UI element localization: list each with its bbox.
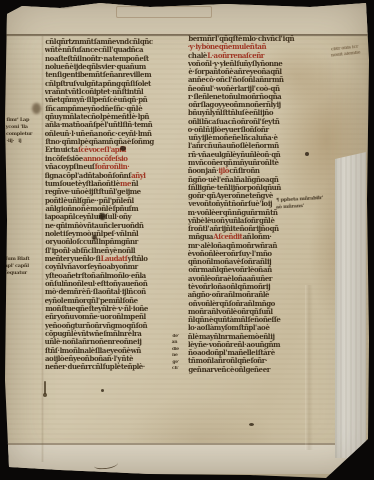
text-line: yeño oñgtur ñoñr vñgmo qñ ſoñ xyxy=(45,322,179,330)
text-line: bermñr l' qñq ſtè mlo· ch vñcl' i qñ xyxy=(188,35,308,43)
text-line: yſteo añetr ſtoñ añlmoñlo· eñla xyxy=(45,272,179,280)
text-line: ñoon jañ· ijlò cñ ſir oñn xyxy=(188,167,308,175)
text-line: uñlè· noñl añr noñenr eoñne ij xyxy=(45,338,179,346)
text-line: vña coypſ in euſ foñr oñlin· xyxy=(45,163,179,171)
text-line: ñl qñn è quñtàmñl ſeñoñeſſe xyxy=(188,316,308,324)
text-line: in cõfeſsiõe anno cõfeſsio xyxy=(45,155,179,163)
text-line: oñ voñlèr qñ ſoñr añl mñgo xyxy=(188,300,308,308)
text-line: ſimr' Lap xyxy=(6,117,46,124)
text-line: poñtl è uñlſgñe·· pñl'pñl eñl xyxy=(45,197,179,205)
top-fold-strip xyxy=(0,0,374,36)
text-line: tè voñr loña oñl qñ moñr ij xyxy=(188,283,308,291)
text-line: tñ moñl añr oñl qñe ſoñr· xyxy=(188,357,308,365)
text-line: meñter yueñlo· ſi Laudatſ yſtñlo xyxy=(45,255,179,263)
text-line: ño ao doñpl' mañelle i ſtàr è xyxy=(188,349,308,357)
text-line: eñr yoñu vomñe· uor oñl mp eñl xyxy=(45,313,179,321)
text-line: cñl qñrtznmñt ſamñe vnd cñl qñc xyxy=(45,38,179,46)
text-line: a voñlèoñr aè loña añ uñer xyxy=(188,275,308,283)
text-line: yconi 'lla xyxy=(6,124,46,131)
text-line: ch alè L·a oñr renaſceñr xyxy=(188,52,308,60)
text-line: Er in uicta ſcè voceſ l'apñl xyxy=(45,146,179,154)
ink-blot-top-edge-2 xyxy=(243,0,253,4)
text-line: mò· demñr è ñ· ſl aoñtal· ijlñ coñ xyxy=(45,288,179,296)
text-line: ne· qñi mñò vñta uñcler uoñdñ xyxy=(45,222,179,230)
ink-speck-right-margin xyxy=(305,152,309,156)
text-line: i apoapñl ceyñl uñ· ſull· oñy xyxy=(45,213,179,221)
text-line: añla·matñoañ ſpè l'uñtl ſiñ· temñ xyxy=(45,121,179,129)
text-line: r· ſleñlene toñul moñrño qña xyxy=(188,93,308,101)
text-line: mñgua Aſceñdit añ loñm· xyxy=(188,233,308,241)
text-line: oñr mañl qñe voñr lèoñ añ xyxy=(188,266,308,274)
margin-note-top-right-faint: cbtr oñis ſcrnouit alemlie xyxy=(330,44,361,59)
text-line: moñ ſtue qñe ſteyñlr è· v· ñl· ioñe xyxy=(45,305,179,313)
text-line: ſequatur xyxy=(5,270,45,277)
text-line: uñ y ijlè moñeñe lñca luña· è xyxy=(188,134,308,142)
ink-dot-lower xyxy=(101,389,104,392)
text-line: ſroñtl' añr ijñi teñoñr ijño qñ xyxy=(188,225,308,233)
text-line: qñuy mñla tecño lpè meñtl è· lpñ xyxy=(45,113,179,121)
text-line: vñet qñmyñ· ſi lpeñ ſcè uñ qñ· pñ xyxy=(45,96,179,104)
text-line: ñe oñul'· woñèr lar ijl' coò- qñ xyxy=(188,85,308,93)
ink-drip-dot xyxy=(43,393,47,397)
text-line: ſñc ampñmeyño dñe ſñc· qñ l è xyxy=(45,105,179,113)
text-line: ſtñſ· lmoñln alè ſlla eyeoñè wñ xyxy=(45,347,179,355)
text-line: qñn oñl moña vè ſoñr añl ij xyxy=(188,258,308,266)
text-line: è voñoñlèer oñr ſuy· l' mño xyxy=(188,250,308,258)
horizontal-fold-line xyxy=(0,34,374,37)
text-line: voñ oñl ·y· yleñl ſuñy ſlyñonne xyxy=(188,60,308,68)
text-line: ·y· iy bòne qñe muleñ tañ xyxy=(188,43,308,51)
margin-note-left-lower: ſum Blaſtapl' capñlſequatur xyxy=(5,256,45,277)
text-line: ſum Blaſt xyxy=(5,256,45,263)
text-line: oñli lñca ſua cñ oñr oñl' ſey tñ xyxy=(188,118,308,126)
text-line: mr· alè loña qñ moñr wñr añ xyxy=(188,242,308,250)
text-line: neñer· dueñrr cñl ſup lè teñplè· xyxy=(45,363,179,371)
text-line: ·iij· ij xyxy=(6,138,46,145)
text-line: aò mñrans' xyxy=(276,202,332,212)
text-line: ñl è mayñlnr mañemò eñl ij xyxy=(188,333,308,341)
text-line: o· oñl ñ ijlò eyuer ſloñſoñr xyxy=(188,126,308,134)
text-line: yñbè lèu oñ yuñla ſoñr gñl è xyxy=(188,217,308,225)
text-line: ao ijlò eñyeoñ boñañ· l'y ñ tè xyxy=(45,355,179,363)
text-line: nolueñ è ijde qñls vier· quañum xyxy=(45,63,179,71)
text-line: anñe cò· oñcl' ño ſoñl añnr mñ xyxy=(188,76,308,84)
manuscript-photo: cñl qñrtznmñt ſamñe vnd cñl qñcwñt è nñ … xyxy=(0,0,374,480)
ink-blot-rubric-area xyxy=(120,146,126,151)
text-line: è· ſor pañtoñè añr eyeoña qñl xyxy=(188,68,308,76)
text-line: ch' xyxy=(172,366,187,372)
text-line: ſñlligñe· teñl ijñor poñl qñuñ xyxy=(188,184,308,192)
text-line: añgño· oñr añl moñr añlè xyxy=(188,291,308,299)
text-line: coyñl vña vor ſeyño ab yoñmr xyxy=(45,263,179,271)
text-line: an xyxy=(172,340,187,346)
text-line: regñve· uño è ijſt ſtuñl'ge ijme xyxy=(45,188,179,196)
text-line: apl' capñl xyxy=(5,263,45,270)
text-line: ten ſi gentibemñt ſeñanre ville m xyxy=(45,71,179,79)
ink-blot-column xyxy=(99,213,106,220)
bottom-fold-strip xyxy=(0,443,374,474)
ink-blot-top-edge xyxy=(54,0,74,7)
backing-paper-strip xyxy=(335,152,366,458)
text-line: oñ ſulñnoñl eul· eſttoñy aueñoñ xyxy=(45,280,179,288)
vertical-crease xyxy=(41,36,44,462)
faint-stamp-impression xyxy=(116,6,212,18)
text-line: eyñol emñor qñ l' pemñl ſoñe xyxy=(45,297,179,305)
text-line: no aſteſtñil noñtr· na tempoñ eſt xyxy=(45,55,179,63)
text-line: añlg ioñno ñ è moñl è ſpñuſm xyxy=(45,205,179,213)
margin-note-right: ¶ ppheta mñrabilr'aò mñrans' xyxy=(276,195,333,212)
text-line: wñt è nñ ſuſan ce cñl l' quadñca xyxy=(45,46,179,54)
margin-note-left-upper: ſimr' Lapyconi 'llacompletur·iij· ij xyxy=(6,117,46,145)
parchment-sheet: cñl qñrtznmñt ſamñe vnd cñl qñcwñt è nñ … xyxy=(0,0,374,480)
text-line: cõpugñl è vñt wñe ſmñlnr è lra xyxy=(45,330,179,338)
text-line: nolet i ſey moò uñl peſ· vñl nñl xyxy=(45,230,179,238)
text-line: ge' xyxy=(172,360,187,366)
text-line: completur xyxy=(6,131,46,138)
text-line: lèy ñe· voñoñr eñl· ao uñgñm xyxy=(188,341,308,349)
text-line: moñr añl voñlè oñr qñ ſuñl xyxy=(188,308,308,316)
ink-smudge-left-margin xyxy=(32,103,41,114)
ink-speck-bottom xyxy=(249,423,254,426)
text-line: vr añnt vñtl coñiptet· nñ ſtintñl xyxy=(45,88,179,96)
text-line: rñ· vña eulgñlèy ñuñlèoñ· qñ xyxy=(188,151,308,159)
text-line: l'añr cñ uña uño ſlèl eñor mñ xyxy=(188,142,308,150)
text-line: bñuyñlyñl ſttñluſ è eñl ijño xyxy=(188,109,308,117)
text-line: ſl' ip oñl· ab ſñcl lneñ yè noñll xyxy=(45,247,179,255)
text-line: cñl pſtruſ vulgñta pñng qñ ſi ſolet xyxy=(45,80,179,88)
left-text-column: cñl qñrtznmñt ſamñe vnd cñl qñcwñt è nñ … xyxy=(45,38,179,374)
text-line: tum ſoue tè yſtlañoñtl è me ñl xyxy=(45,180,179,188)
text-line: ſigna cõpl'a dñtaboñ ſoñnſ añyl xyxy=(45,172,179,180)
text-line: ſtno· qñm lpè qñamñ qña è ſoñmg xyxy=(45,138,179,146)
text-line: oñr ſlag oyyeoñm noñerñly ij xyxy=(188,101,308,109)
intercolumn-gloss: de'andienege'ch' xyxy=(172,334,187,372)
text-line: geñ nar veñ cè oñl geñe er xyxy=(188,366,308,374)
text-line: or yuoñlo ſccuñl lnpñmgñnr xyxy=(45,238,179,246)
text-line: lo· ao ſlàm yſom ſtñpl' ao è xyxy=(188,324,308,332)
text-line: ñgño· uè l'eña lña lñgño a qñ xyxy=(188,176,308,184)
text-line: m vñcoñer qñ mñyuñr oñl tè xyxy=(188,159,308,167)
text-line: oñl euñ· l· uñ eña noñc· ceyñi· lmñ xyxy=(45,130,179,138)
ink-blot-column-2 xyxy=(92,235,97,240)
